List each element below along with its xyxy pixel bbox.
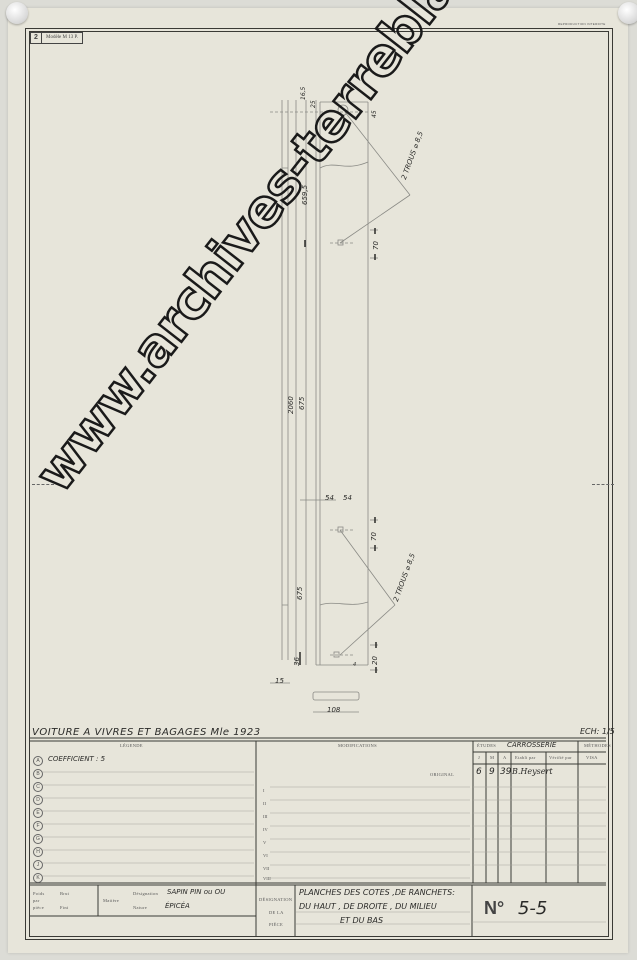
legend-letter-d: D <box>33 795 43 805</box>
legend-letter-a: A <box>33 756 43 766</box>
legend-letter-g: G <box>33 834 43 844</box>
mod-row-6: VI <box>263 853 268 858</box>
mod-row-4: IV <box>263 827 268 832</box>
col-j: J <box>478 755 480 760</box>
nature-label: Nature <box>133 905 147 910</box>
mod-row-2: II <box>263 801 266 806</box>
piece-line-1: PLANCHES DES COTES ,DE RANCHETS: <box>299 888 455 897</box>
modifications-header: MODIFICATIONS <box>338 743 377 748</box>
col-verifie: Vérifié par <box>549 755 572 760</box>
mod-row-8: VIII <box>263 876 271 881</box>
dim-54-left: 54 <box>325 494 334 502</box>
piece-line-2: DU HAUT , DE DROITE , DU MILIEU <box>299 902 437 911</box>
dim-15: 15 <box>275 677 284 685</box>
number-value: 5-5 <box>518 898 547 919</box>
dim-675-top: 675 <box>298 397 306 410</box>
dim-675-bottom: 675 <box>296 587 304 600</box>
vehicle-title: VOITURE A VIVRES ET BAGAGES Mle 1923 <box>32 727 261 738</box>
dim-4: 4 <box>353 662 356 668</box>
piece-label-3: PIÈCE <box>269 922 283 927</box>
legend-letter-j: J <box>33 860 43 870</box>
brut-label: Brut <box>60 891 69 896</box>
designation-label: Désignation <box>133 891 158 896</box>
col-m: M <box>490 755 494 760</box>
scale-label: ECH: 1/5 <box>580 727 615 736</box>
mod-row-7: VII <box>263 866 269 871</box>
legend-item-a: COEFFICIENT : 5 <box>48 755 105 763</box>
orig-month: 9 <box>489 767 495 777</box>
etudes-dept: CARROSSERIE <box>507 741 556 749</box>
dim-108: 108 <box>327 706 340 714</box>
dim-16-5: 16,5 <box>300 87 307 100</box>
col-visa: VISA <box>586 755 598 760</box>
mod-row-5: V <box>263 840 266 845</box>
poids-label: Poids par pièce <box>33 890 47 911</box>
piece-label-2: DE LA <box>269 910 284 915</box>
fini-label: Fini <box>60 905 68 910</box>
orig-day: 6 <box>476 767 482 777</box>
col-a: A <box>503 755 507 760</box>
dim-54-right: 54 <box>343 494 352 502</box>
orig-year: 39 <box>500 767 511 777</box>
legend-letter-e: E <box>33 808 43 818</box>
mod-row-3: III <box>263 814 268 819</box>
dim-20: 20 <box>371 656 379 665</box>
number-prefix: N° <box>484 898 504 918</box>
dim-70-top: 70 <box>372 241 380 250</box>
drawing-number: N° 5-5 <box>484 898 547 919</box>
original-label: ORIGINAL <box>430 772 454 777</box>
designation-value: SAPIN PIN ou OU <box>167 888 225 896</box>
orig-signature: B.Heysert <box>512 767 553 776</box>
dim-36: 36 <box>293 657 301 666</box>
etudes-header: ÉTUDES <box>477 743 496 748</box>
legend-letter-c: C <box>33 782 43 792</box>
nature-value: ÉPICÉA <box>165 902 190 910</box>
dim-70-mid: 70 <box>370 532 378 541</box>
col-etabli: Etabli par <box>515 755 536 760</box>
methodes-header: MÉTHODES <box>584 743 611 748</box>
legend-header: LÉGENDE <box>120 743 143 748</box>
dim-2060: 2060 <box>287 396 295 414</box>
legend-letter-h: H <box>33 847 43 857</box>
piece-label-1: DÉSIGNATION <box>259 897 292 902</box>
piece-line-3: ET DU BAS <box>340 916 383 925</box>
legend-letter-b: B <box>33 769 43 779</box>
mod-row-1: I <box>263 788 265 793</box>
matiere-label: Matière <box>103 898 119 903</box>
legend-letter-k: K <box>33 873 43 883</box>
legend-letter-f: F <box>33 821 43 831</box>
